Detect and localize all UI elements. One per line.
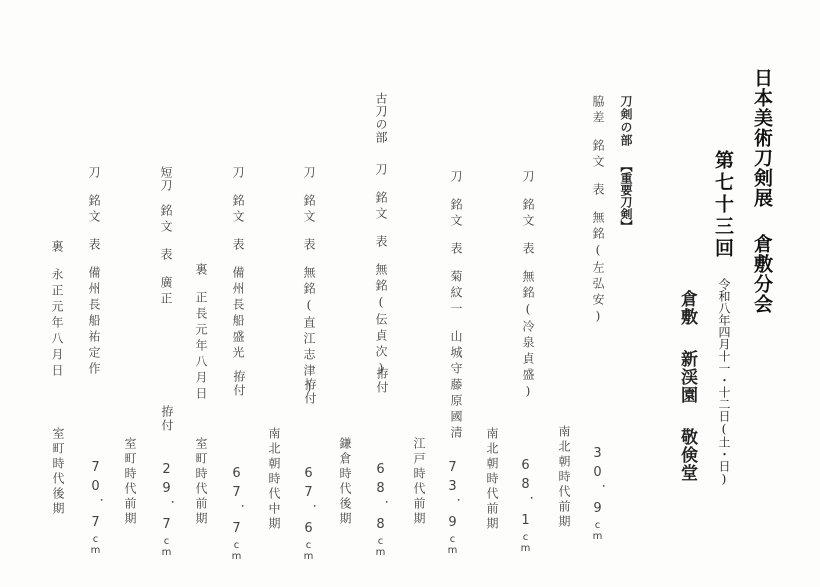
omote-label: 表 <box>374 235 388 251</box>
item-1-description: 脇差銘文表無銘(左弘安) <box>592 95 604 327</box>
item-1-length: 30．9cm <box>591 446 604 542</box>
item-7-note: 拵付 <box>161 405 173 433</box>
mei-label: 銘文 <box>159 204 173 236</box>
inscription: 無銘(伝貞次) <box>374 263 388 379</box>
mei-label: 銘文 <box>87 194 101 226</box>
item-3-description: 刀銘文表菊紋一山城守藤原國清 <box>450 170 462 442</box>
exhibition-title: 日本美術刀剣展倉敷分会 <box>752 68 771 314</box>
title-branch: 倉敷分会 <box>751 234 773 314</box>
mei-label: 銘文 <box>591 139 605 171</box>
inscription: 無銘(左弘安) <box>591 211 605 327</box>
ura-label: 裏 <box>194 263 208 279</box>
item-4-period: 鎌倉時代後期 <box>339 437 351 527</box>
inscription: 無銘(冷泉貞盛) <box>521 270 535 402</box>
item-3-length: 73．9cm <box>446 460 459 556</box>
item-2-description: 刀銘文表無銘(冷泉貞盛) <box>522 170 534 402</box>
item-type: 刀 <box>302 166 316 182</box>
item-1-period: 南北朝時代前期 <box>558 425 570 530</box>
venue: 倉敷新渓園敬倹堂 <box>678 290 695 482</box>
mei-label: 銘文 <box>302 194 316 226</box>
ura-inscription: 永正元年八月日 <box>50 268 64 380</box>
item-6-period: 室町時代前期 <box>195 437 207 527</box>
omote-label: 表 <box>87 238 101 254</box>
item-5-period: 南北朝時代中期 <box>268 427 280 532</box>
item-6-ura: 裏正長元年八月日 <box>195 263 207 403</box>
item-5-description: 刀銘文表無銘(直江志津) <box>303 166 315 398</box>
inscription: 備州長船祐定作 <box>87 266 101 378</box>
item-7-description: 短刀銘文表廣正 <box>160 166 172 308</box>
title-main: 日本美術刀剣展 <box>751 68 773 208</box>
item-type: 刀 <box>231 166 245 182</box>
mei-label: 銘文 <box>374 191 388 223</box>
item-4-description: 刀銘文表無銘(伝貞次) <box>375 163 387 379</box>
section-heading-swords: 刀剣の部 <box>620 95 632 147</box>
item-6-description: 刀銘文表備州長船盛光 <box>232 166 244 362</box>
omote-label: 表 <box>521 242 535 258</box>
inscription-crest: 菊紋一 <box>449 270 463 318</box>
item-type: 刀 <box>521 170 535 186</box>
item-6-note: 拵付 <box>233 370 245 398</box>
item-7-period: 室町時代前期 <box>124 437 136 527</box>
item-2-length: 68．1cm <box>519 458 532 554</box>
mei-label: 銘文 <box>231 194 245 226</box>
omote-label: 表 <box>302 238 316 254</box>
omote-label: 表 <box>449 242 463 258</box>
item-2-period: 南北朝時代前期 <box>486 427 498 532</box>
inscription: 備州長船盛光 <box>231 266 245 362</box>
item-type: 刀 <box>449 170 463 186</box>
item-6-length: 67．7cm <box>230 466 243 562</box>
important-sword-label: 【重要刀剣】 <box>620 160 632 232</box>
venue-hall: 敬倹堂 <box>677 428 697 482</box>
item-type: 刀 <box>87 166 101 182</box>
item-5-length: 67．6cm <box>302 466 315 562</box>
inscription: 廣正 <box>159 276 173 308</box>
item-3-period: 江戸時代前期 <box>413 437 425 527</box>
inscription: 山城守藤原國清 <box>449 330 463 442</box>
item-4-length: 68．8cm <box>374 462 387 558</box>
mei-label: 銘文 <box>521 198 535 230</box>
item-8-ura: 裏永正元年八月日 <box>51 240 63 380</box>
item-8-description: 刀銘文表備州長船祐定作 <box>88 166 100 378</box>
ura-inscription: 正長元年八月日 <box>194 291 208 403</box>
item-5-note: 拵付 <box>304 378 316 406</box>
item-8-length: 70．7cm <box>89 460 102 556</box>
omote-label: 表 <box>159 248 173 264</box>
item-8-period: 室町時代後期 <box>52 427 64 517</box>
section-heading-old-swords: 古刀の部 <box>375 92 387 144</box>
item-type: 脇差 <box>591 95 605 127</box>
session-number: 第七十三回 <box>713 150 732 260</box>
item-7-length: 29．7cm <box>160 462 173 558</box>
item-type: 短刀 <box>159 166 173 192</box>
omote-label: 表 <box>231 238 245 254</box>
event-date: 令和八年四月十一・十二日(土・日) <box>718 278 730 486</box>
ura-label: 裏 <box>50 240 64 256</box>
venue-city: 倉敷 <box>677 290 697 326</box>
mei-label: 銘文 <box>449 198 463 230</box>
item-type: 刀 <box>374 163 388 179</box>
item-4-note: 拵付 <box>376 367 388 395</box>
omote-label: 表 <box>591 183 605 199</box>
venue-place: 新渓園 <box>677 350 697 404</box>
